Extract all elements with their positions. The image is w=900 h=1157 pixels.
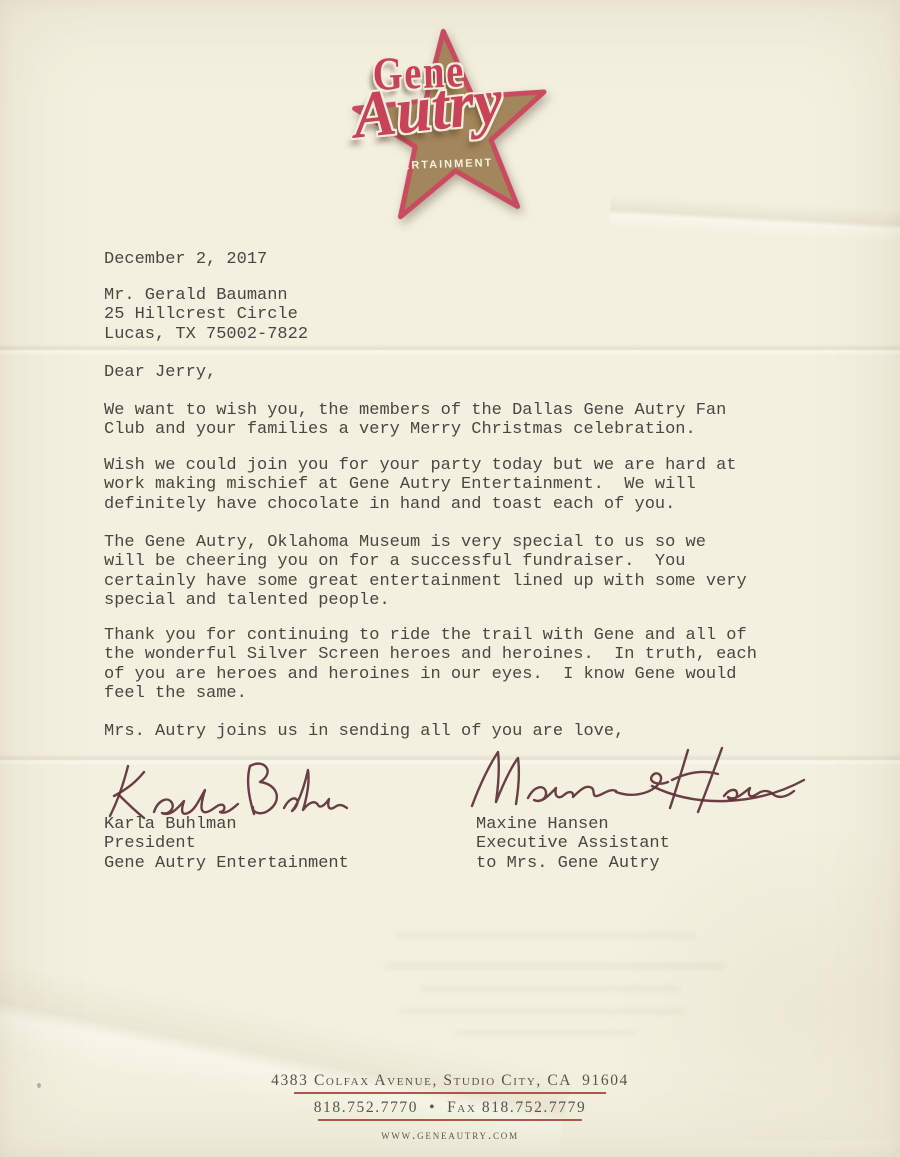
recipient-city: Lucas, TX 75002-7822 xyxy=(104,325,308,344)
bleed-through-mark xyxy=(385,962,725,970)
fold-crease-upper xyxy=(0,344,900,356)
footer-rule-2 xyxy=(318,1119,582,1121)
bleed-through-mark xyxy=(420,985,680,992)
signer-title: President xyxy=(104,834,196,853)
paragraph-4: Thank you for continuing to ride the tra… xyxy=(104,626,757,704)
signature-block-right: Maxine Hansen Executive Assistant to Mrs… xyxy=(476,815,670,873)
paragraph-1: We want to wish you, the members of the … xyxy=(104,401,726,440)
recipient-street: 25 Hillcrest Circle xyxy=(104,305,298,324)
paragraph-2: Wish we could join you for your party to… xyxy=(104,456,737,514)
signature-block-left: Karla Buhlman President Gene Autry Enter… xyxy=(104,815,349,873)
scanned-letter-page: Gene Autry ENTERTAINMENT December 2, 201… xyxy=(0,0,900,1157)
signer-name: Maxine Hansen xyxy=(476,815,609,834)
bleed-through-mark xyxy=(395,932,695,939)
signature-maxine-hansen-script xyxy=(456,742,806,820)
recipient-address: Mr. Gerald Baumann 25 Hillcrest Circle L… xyxy=(104,286,308,344)
signature-karla-buhlman-script xyxy=(98,756,348,822)
salutation: Dear Jerry, xyxy=(104,363,216,382)
letterhead-footer: 4383 Colfax Avenue, Studio City, CA 9160… xyxy=(0,1072,900,1143)
letter-date: December 2, 2017 xyxy=(104,250,267,269)
crease-top-right xyxy=(609,194,900,244)
bleed-through-mark xyxy=(400,1008,685,1015)
logo-word-autry: Autry xyxy=(350,68,506,149)
signer-org: Gene Autry Entertainment xyxy=(104,854,349,873)
closing-line: Mrs. Autry joins us in sending all of yo… xyxy=(104,722,624,741)
footer-address: 4383 Colfax Avenue, Studio City, CA 9160… xyxy=(0,1072,900,1090)
signer-name: Karla Buhlman xyxy=(104,815,237,834)
footer-rule-1 xyxy=(294,1092,606,1094)
recipient-name: Mr. Gerald Baumann xyxy=(104,286,288,305)
signer-title: Executive Assistant xyxy=(476,834,670,853)
paragraph-3: The Gene Autry, Oklahoma Museum is very … xyxy=(104,533,747,611)
bleed-through-mark xyxy=(455,1030,635,1036)
signer-org: to Mrs. Gene Autry xyxy=(476,854,660,873)
footer-phone-fax: 818.752.7770 • Fax 818.752.7779 xyxy=(0,1099,900,1117)
footer-website: www.geneautry.com xyxy=(0,1127,900,1143)
